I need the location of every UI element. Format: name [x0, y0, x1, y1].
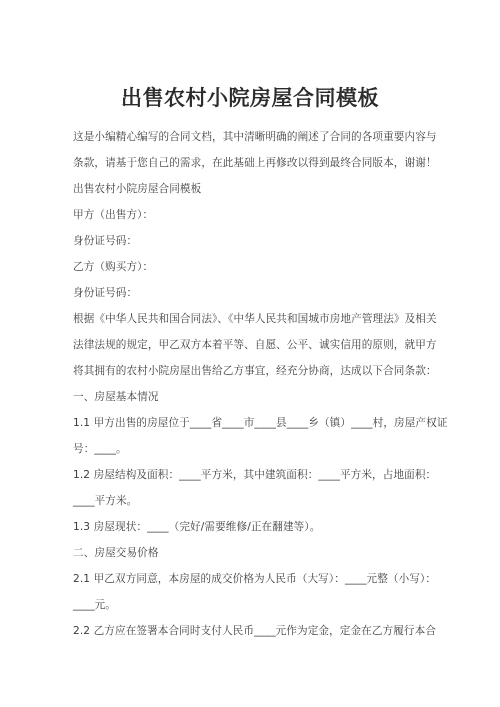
preamble-line-1: 根据《中华人民共和国合同法》、《中华人民共和国城市房地产管理法》及相关 — [73, 306, 437, 332]
preamble-line-2: 法律法规的规定，甲乙双方本着平等、自愿、公平、诚实信用的原则，就甲方 — [73, 332, 437, 358]
document-body: 这是小编精心编写的合同文档，其中清晰明确的阐述了合同的各项重要内容与 条款，请基… — [73, 124, 437, 644]
preamble-line-3: 将其拥有的农村小院房屋出售给乙方事宜，经充分协商，达成以下合同条款： — [73, 358, 437, 384]
intro-line-1: 这是小编精心编写的合同文档，其中清晰明确的阐述了合同的各项重要内容与 — [73, 124, 437, 150]
clause-1-2-line-1: 1.2 房屋结构及面积：____平方米，其中建筑面积：____平方米，占地面积： — [73, 462, 437, 488]
document-page: 出售农村小院房屋合同模板 这是小编精心编写的合同文档，其中清晰明确的阐述了合同的… — [0, 0, 500, 707]
clause-1-1-line-1: 1.1 甲方出售的房屋位于____省____市____县____乡（镇）____… — [73, 410, 437, 436]
party-a-line: 甲方（出售方）： — [73, 202, 437, 228]
clause-1-1-line-2: 号：____。 — [73, 436, 437, 462]
section-2-heading: 二、房屋交易价格 — [73, 540, 437, 566]
party-b-id-line: 身份证号码： — [73, 280, 437, 306]
section-1-heading: 一、房屋基本情况 — [73, 384, 437, 410]
contract-subtitle: 出售农村小院房屋合同模板 — [73, 176, 437, 202]
clause-2-1-line-1: 2.1 甲乙双方同意，本房屋的成交价格为人民币（大写）：____元整（小写）： — [73, 566, 437, 592]
document-title: 出售农村小院房屋合同模板 — [0, 82, 500, 112]
clause-2-2-line-1: 2.2 乙方应在签署本合同时支付人民币____元作为定金，定金在乙方履行本合 — [73, 618, 437, 644]
party-b-line: 乙方（购买方）： — [73, 254, 437, 280]
clause-2-1-line-2: ____元。 — [73, 592, 437, 618]
clause-1-2-line-2: ____平方米。 — [73, 488, 437, 514]
intro-line-2: 条款，请基于您自己的需求，在此基础上再修改以得到最终合同版本，谢谢！ — [73, 150, 437, 176]
clause-1-3-line: 1.3 房屋现状：____（完好/需要维修/正在翻建等）。 — [73, 514, 437, 540]
party-a-id-line: 身份证号码： — [73, 228, 437, 254]
